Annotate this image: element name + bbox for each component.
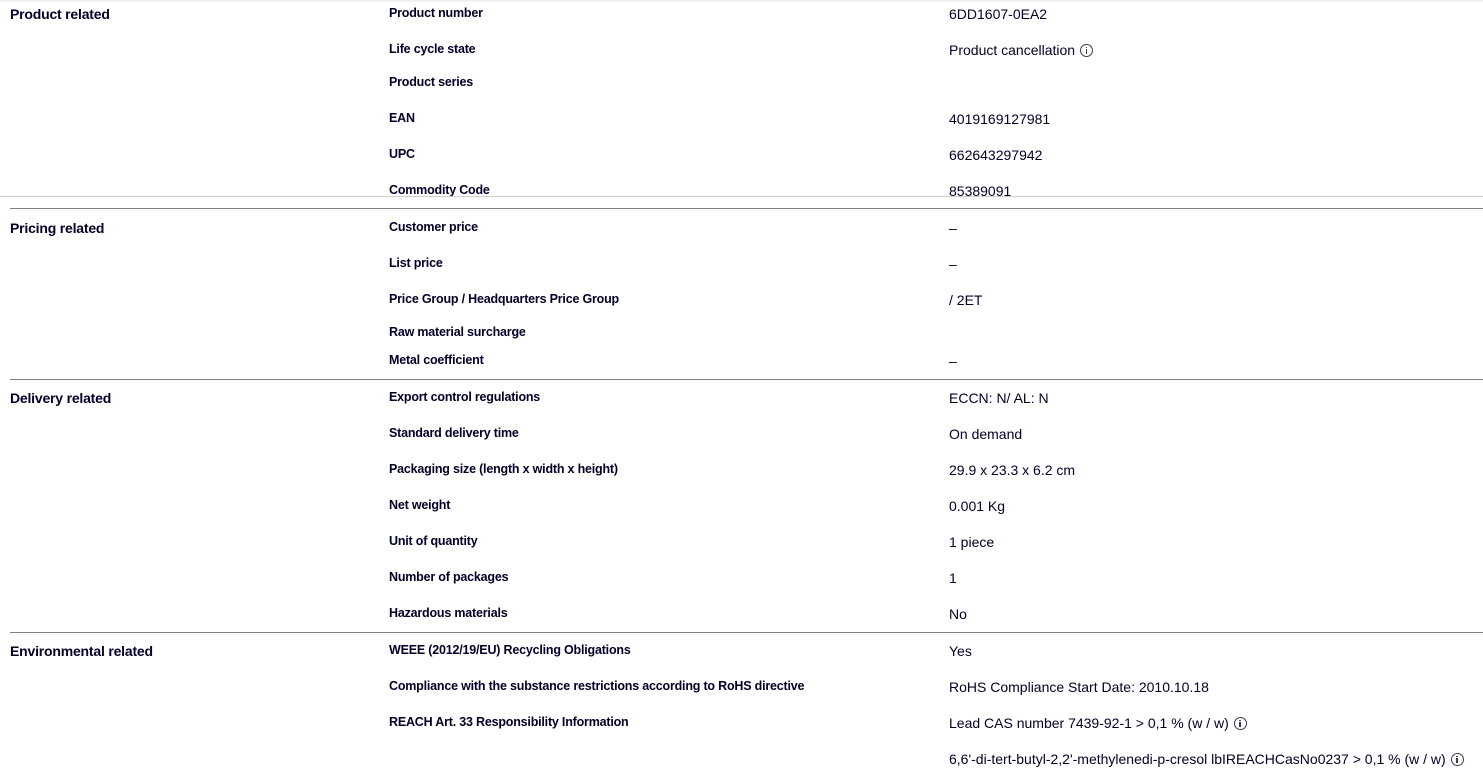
row-label: WEEE (2012/19/EU) Recycling Obligations xyxy=(389,643,631,657)
row-label: Raw material surcharge xyxy=(389,325,526,339)
table-row: Product series xyxy=(0,75,1483,95)
value-text: 662643297942 xyxy=(949,147,1042,163)
number-of-packages-value: 1 xyxy=(949,570,957,586)
row-label: Compliance with the substance restrictio… xyxy=(389,679,804,693)
row-label: UPC xyxy=(389,147,415,161)
table-row: Commodity Code 85389091 xyxy=(0,183,1483,203)
life-cycle-state-value: Product cancellation xyxy=(949,42,1093,58)
unit-of-quantity-value: 1 piece xyxy=(949,534,994,550)
delivery-time-value: On demand xyxy=(949,426,1022,442)
info-icon[interactable] xyxy=(1234,717,1247,730)
row-label: Product series xyxy=(389,75,473,89)
section-divider xyxy=(10,208,1483,209)
table-row: 6,6'-di-tert-butyl-2,2'-methylenedi-p-cr… xyxy=(0,751,1483,771)
table-row: REACH Art. 33 Responsibility Information… xyxy=(0,715,1483,735)
row-label: Unit of quantity xyxy=(389,534,477,548)
table-row: Metal coefficient – xyxy=(0,353,1483,373)
ean-value: 4019169127981 xyxy=(949,111,1050,127)
table-row: Life cycle state Product cancellation xyxy=(0,42,1483,62)
value-text: 29.9 x 23.3 x 6.2 cm xyxy=(949,462,1075,478)
value-text: ECCN: N/ AL: N xyxy=(949,390,1049,406)
product-number-value: 6DD1607-0EA2 xyxy=(949,6,1047,22)
row-label: Net weight xyxy=(389,498,450,512)
row-label: Customer price xyxy=(389,220,478,234)
metal-coefficient-value: – xyxy=(949,353,957,369)
net-weight-value: 0.001 Kg xyxy=(949,498,1005,514)
table-row: Hazardous materials No xyxy=(0,606,1483,626)
info-icon[interactable] xyxy=(1080,44,1093,57)
row-label: Export control regulations xyxy=(389,390,540,404)
value-text: – xyxy=(949,220,957,236)
table-row: List price – xyxy=(0,256,1483,276)
value-text: 1 xyxy=(949,570,957,586)
table-row: Customer price – xyxy=(0,220,1483,240)
table-row: Price Group / Headquarters Price Group /… xyxy=(0,292,1483,312)
value-text: 6,6'-di-tert-butyl-2,2'-methylenedi-p-cr… xyxy=(949,751,1446,767)
table-row: Export control regulations ECCN: N/ AL: … xyxy=(0,390,1483,410)
row-label: Commodity Code xyxy=(389,183,490,197)
row-label: EAN xyxy=(389,111,415,125)
row-label: Hazardous materials xyxy=(389,606,507,620)
value-text: Product cancellation xyxy=(949,42,1075,58)
table-row: Standard delivery time On demand xyxy=(0,426,1483,446)
customer-price-value: – xyxy=(949,220,957,236)
table-row: Product number 6DD1607-0EA2 xyxy=(0,6,1483,26)
weee-value: Yes xyxy=(949,643,972,659)
price-group-value: / 2ET xyxy=(949,292,982,308)
table-row: Compliance with the substance restrictio… xyxy=(0,679,1483,699)
table-row: Raw material surcharge xyxy=(0,325,1483,345)
export-control-value: ECCN: N/ AL: N xyxy=(949,390,1049,406)
value-text: RoHS Compliance Start Date: 2010.10.18 xyxy=(949,679,1209,695)
row-label: Number of packages xyxy=(389,570,508,584)
scroll-edge-divider xyxy=(0,196,1483,197)
value-text: Lead CAS number 7439-92-1 > 0,1 % (w / w… xyxy=(949,715,1229,731)
list-price-value: – xyxy=(949,256,957,272)
hazardous-materials-value: No xyxy=(949,606,967,622)
value-text: 6DD1607-0EA2 xyxy=(949,6,1047,22)
value-text: On demand xyxy=(949,426,1022,442)
value-text: / 2ET xyxy=(949,292,982,308)
row-label: REACH Art. 33 Responsibility Information xyxy=(389,715,628,729)
row-label: Life cycle state xyxy=(389,42,475,56)
value-text: 1 piece xyxy=(949,534,994,550)
table-row: UPC 662643297942 xyxy=(0,147,1483,167)
value-text: No xyxy=(949,606,967,622)
value-text: – xyxy=(949,256,957,272)
row-label: Price Group / Headquarters Price Group xyxy=(389,292,619,306)
table-row: EAN 4019169127981 xyxy=(0,111,1483,131)
row-label: Standard delivery time xyxy=(389,426,519,440)
table-row: Unit of quantity 1 piece xyxy=(0,534,1483,554)
table-row: WEEE (2012/19/EU) Recycling Obligations … xyxy=(0,643,1483,663)
reach-value-2: 6,6'-di-tert-butyl-2,2'-methylenedi-p-cr… xyxy=(949,751,1464,767)
row-label: Metal coefficient xyxy=(389,353,484,367)
packaging-size-value: 29.9 x 23.3 x 6.2 cm xyxy=(949,462,1075,478)
row-label: Packaging size (length x width x height) xyxy=(389,462,618,476)
table-row: Net weight 0.001 Kg xyxy=(0,498,1483,518)
value-text: – xyxy=(949,353,957,369)
reach-value: Lead CAS number 7439-92-1 > 0,1 % (w / w… xyxy=(949,715,1247,731)
section-divider xyxy=(10,379,1483,380)
top-edge-shadow xyxy=(0,0,1483,3)
row-label: Product number xyxy=(389,6,483,20)
table-row: Packaging size (length x width x height)… xyxy=(0,462,1483,482)
upc-value: 662643297942 xyxy=(949,147,1042,163)
value-text: 4019169127981 xyxy=(949,111,1050,127)
value-text: 0.001 Kg xyxy=(949,498,1005,514)
value-text: Yes xyxy=(949,643,972,659)
table-row: Number of packages 1 xyxy=(0,570,1483,590)
info-icon[interactable] xyxy=(1451,753,1464,766)
rohs-value: RoHS Compliance Start Date: 2010.10.18 xyxy=(949,679,1209,695)
section-divider xyxy=(10,632,1483,633)
row-label: List price xyxy=(389,256,443,270)
